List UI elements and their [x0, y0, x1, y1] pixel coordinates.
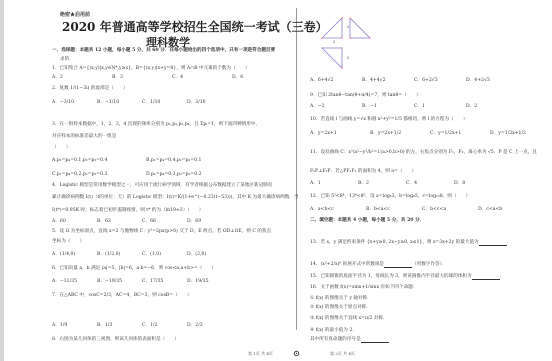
question-4: 4．Logistic 模型是常用数学模型之一，可应用于流行病学领域．有学者根据公… — [52, 183, 272, 189]
option-c: C．1/10 — [142, 100, 187, 106]
option-b: B．−19/35 — [97, 279, 142, 285]
question-5-options: A．(1/4,0) B．(1/2,0) C．(1,0) D．(2,0) — [52, 252, 232, 258]
question-8-options: A．6+4√2 B．4+4√2 C．6+2√3 D．4+2√3 — [310, 78, 518, 84]
question-13-tail: ． — [507, 240, 512, 245]
question-10: 10．若直线 l 与曲线 y=√x 和圆 x²+y²=1/5 都相切，则 l 的… — [310, 117, 467, 123]
question-2-options: A．−3/10 B．−1/10 C．1/10 D．3/10 — [52, 100, 232, 106]
question-8: 8．右图为某几何体的三视图，则该几何体的表面积是（ ） — [52, 337, 179, 343]
question-1: 1．已知集合 A={(x,y)|x,y∈N*,y≥x}，B={(x,y)|x+y… — [52, 66, 249, 72]
viewer-left-edge — [0, 0, 4, 361]
option-d: D．69 — [187, 219, 232, 225]
question-11: 11．设双曲线 C：x²/a²−y²/b²=1(a>0,b>0) 的左、右焦点分… — [310, 150, 537, 156]
question-4-line2: 累计确诊病例数 I(t)（t的单位：天）的 Logistic 模型：I(t)=K… — [52, 195, 299, 201]
page-gear-icon — [293, 350, 300, 357]
option-a: A．y=2x+1 — [310, 131, 370, 137]
section1-header-cont: 求的． — [60, 57, 74, 63]
option-c: C．6+2√3 — [414, 78, 466, 84]
secret-label: 绝密★启用前 — [60, 11, 90, 18]
option-d: D．8 — [454, 181, 502, 187]
option-d: D．2 — [466, 104, 518, 110]
question-10-options: A．y=2x+1 B．y=2x+1/2 C．y=1/2x+1 D．y=1/2x+… — [310, 131, 550, 137]
question-2: 2．复数 1/(1−3i) 的虚部是（ ） — [52, 86, 128, 92]
diagram-label-mid: 2 — [333, 39, 335, 45]
question-14: 14．(x²+2/x)⁶ 的展开式中常数项是（用数字作答）． — [310, 262, 446, 268]
question-9-options: A．−2 B．−1 C．1 D．2 — [310, 104, 518, 110]
option-d: D．2/3 — [187, 323, 232, 329]
option-b: B．4+4√2 — [362, 78, 414, 84]
option-d: D.p₁=p₄=0.3,p₂=p₃=0.2 — [146, 172, 240, 178]
option-a: A．1 — [310, 181, 358, 187]
question-3-options-row2: C.p₁=p₄=0.2,p₂=p₃=0.3 D.p₁=p₄=0.3,p₂=p₃=… — [52, 172, 240, 178]
option-b: B．(1/2,0) — [97, 252, 142, 258]
option-a: A．2 — [52, 75, 112, 81]
three-view-diagram — [320, 14, 380, 72]
section1-header: 一、选择题：本题共 12 小题，每小题 5 分，共 60 分．在每小题给出的四个… — [52, 48, 275, 54]
option-d: D．6 — [232, 75, 292, 81]
option-b: B．−1 — [362, 104, 414, 110]
question-4-line3: I(t*)=0.95K 时，标志着已初步遏制疫情，则 t* 约为（ln19≈3）… — [52, 208, 203, 214]
option-a: A．−3/10 — [52, 100, 97, 106]
answer-blank — [472, 275, 500, 280]
proposition-3: ③ f(x) 的图像关于直线 x=π/2 对称． — [310, 316, 388, 322]
option-d: D．(2,0) — [187, 252, 232, 258]
option-c: C．1 — [414, 104, 466, 110]
option-c: C．4 — [406, 181, 454, 187]
page-footer-1: 第 1页 共 4页 — [248, 351, 273, 357]
question-12: 12．已知 5⁵<8⁴，13⁴<8⁵．设 a=log₅3，b=log₈5，c=l… — [310, 194, 470, 200]
page-footer-2: 第 2页 共 4页 — [330, 351, 355, 357]
question-3: 3．在一组样本数据中，1，2，3，4 出现的频率分别为 p₁,p₂,p₃,p₄，… — [52, 122, 260, 128]
option-b: B．1/3 — [97, 323, 142, 329]
answer-blank — [361, 338, 389, 343]
answer-blank — [384, 263, 412, 268]
diagram-label-bottom: 2 — [347, 55, 349, 61]
proposition-1: ① f(x) 的图像关于 y 轴对称． — [310, 296, 372, 302]
question-3-options-row1: A.p₁=p₄=0.1,p₂=p₃=0.4 B.p₁=p₄=0.4,p₂=p₃=… — [52, 158, 240, 164]
proposition-4: ④ f(x) 的最小值为 2． — [310, 328, 357, 334]
option-c: C．4 — [172, 75, 232, 81]
section2-header: 二、填空题：本题共 4 小题，每小题 5 分，共 20 分． — [310, 218, 424, 224]
page-divider — [296, 8, 297, 330]
option-d: D．y=1/2x+1/2 — [490, 131, 550, 137]
answer-blank — [479, 241, 507, 246]
proposition-2: ② f(x) 的图像关于原点对称． — [310, 305, 371, 311]
question-12-options: A．a<b<c B．b<a<c C．b<c<a D．c<a<b — [310, 207, 534, 213]
question-15: 15．已知圆锥的底面半径为 1，母线长为 3，则该圆锥内半径最大的球的体积为． — [310, 274, 504, 280]
question-15-tail: ． — [500, 274, 505, 279]
question-14-tail: （用数字作答）． — [412, 262, 446, 267]
option-d: D．c<a<b — [478, 207, 534, 213]
question-15-text: 15．已知圆锥的底面半径为 1，母线长为 3，则该圆锥内半径最大的球的体积为 — [310, 274, 472, 279]
option-b: B.p₁=p₄=0.4,p₂=p₃=0.1 — [146, 158, 240, 164]
option-b: B．b<a<c — [366, 207, 422, 213]
option-a: A．6+4√2 — [310, 78, 362, 84]
option-b: B．−1/10 — [97, 100, 142, 106]
option-a: A.p₁=p₄=0.1,p₂=p₃=0.4 — [52, 158, 146, 164]
question-7: 7．在△ABC 中，cosC=2/3，AC=4，BC=3，则 cosB=（ ） — [52, 293, 192, 299]
option-b: B．2 — [358, 181, 406, 187]
question-6: 6．已知向量 a，b 满足 |a|=5，|b|=6，a·b=−6，则 cos<a… — [52, 266, 216, 272]
question-9: 9．已知 2tanθ−tan(θ+π/4)=7，则 tanθ=（ ） — [310, 93, 420, 99]
option-c: C．y=1/2x+1 — [430, 131, 490, 137]
question-3-line3: （ ） — [52, 145, 70, 151]
option-d: D．3/10 — [187, 100, 232, 106]
option-c: C．17/35 — [142, 279, 187, 285]
question-6-options: A．−31/35 B．−19/35 C．17/35 D．19/35 — [52, 279, 232, 285]
question-4-options: A．60 B．63 C．66 D．69 — [52, 219, 232, 225]
question-5-line2: 坐标为（ ） — [52, 239, 84, 245]
option-a: A．1/9 — [52, 323, 97, 329]
question-1-options: A．2 B．3 C．4 D．6 — [52, 75, 292, 81]
question-11-line2: F₁P⊥F₂P．若△PF₁F₂ 的面积为 4，则 a=（ ） — [310, 169, 416, 175]
option-a: A．−2 — [310, 104, 362, 110]
option-c: C．b<c<a — [422, 207, 478, 213]
option-a: A．(1/4,0) — [52, 252, 97, 258]
question-16: 16．关于函数 f(x)=sinx+1/sinx 有如下四个命题： — [310, 285, 417, 291]
option-b: B．3 — [112, 75, 172, 81]
option-b: B．63 — [97, 219, 142, 225]
exam-title: 2020 年普通高等学校招生全国统一考试（三卷） — [62, 18, 288, 35]
option-d: D．4+2√3 — [466, 78, 518, 84]
question-5: 5．设 O 为坐标原点，直线 x=2 与抛物线 C：y²=2px(p>0) 交于… — [52, 229, 271, 235]
option-c: C.p₁=p₄=0.2,p₂=p₃=0.3 — [52, 172, 146, 178]
option-c: C．66 — [142, 219, 187, 225]
final-prompt: 其中所有真命题的序号是 — [310, 337, 389, 343]
option-c: C．(1,0) — [142, 252, 187, 258]
question-14-text: 14．(x²+2/x)⁶ 的展开式中常数项是 — [310, 262, 384, 267]
option-c: C．1/2 — [142, 323, 187, 329]
final-prompt-text: 其中所有真命题的序号是 — [310, 337, 361, 342]
option-a: A．60 — [52, 219, 97, 225]
option-a: A．−31/35 — [52, 279, 97, 285]
question-7-options: A．1/9 B．1/3 C．1/2 D．2/3 — [52, 323, 232, 329]
question-13-text: 13．若 x，y 满足约束条件 {x+y≥0, 2x−y≥0, x≤1}，则 z… — [310, 240, 479, 245]
option-a: A．a<b<c — [310, 207, 366, 213]
question-11-options: A．1 B．2 C．4 D．8 — [310, 181, 502, 187]
diagram-label-top: 2 — [347, 24, 349, 30]
option-b: B．y=2x+1/2 — [370, 131, 430, 137]
option-d: D．19/35 — [187, 279, 232, 285]
question-13: 13．若 x，y 满足约束条件 {x+y≥0, 2x−y≥0, x≤1}，则 z… — [310, 240, 511, 246]
question-3-line2: 对应样本的标准差最大的一组是 — [52, 134, 116, 140]
